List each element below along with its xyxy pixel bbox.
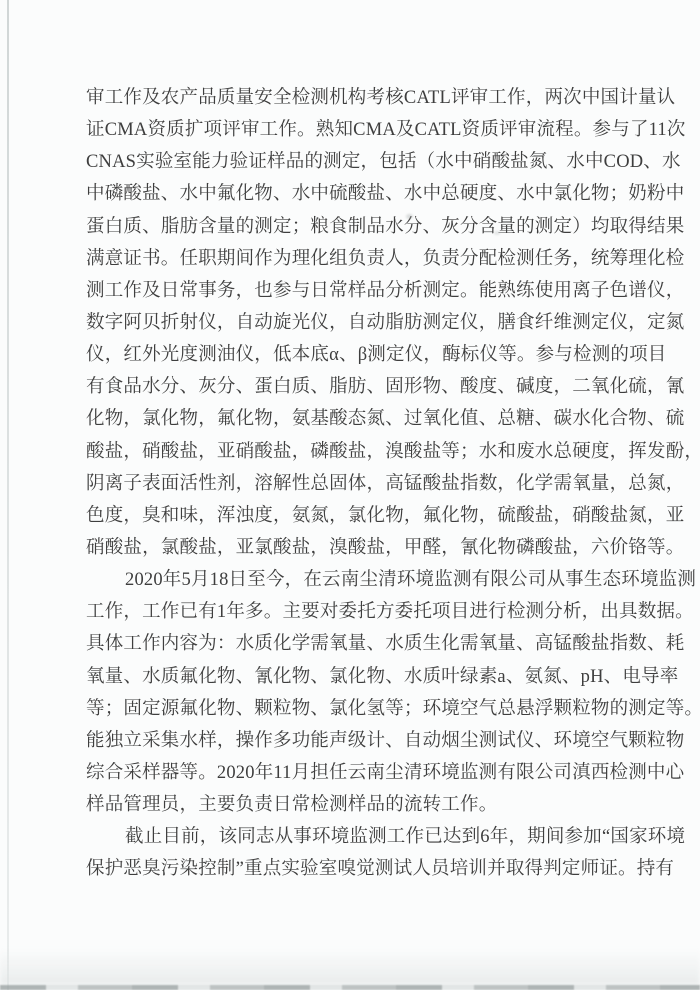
text-line: 测工作及日常事务，也参与日常样品分析测定。能熟练使用离子色谱仪， [86,275,626,307]
text-line: 数字阿贝折射仪，自动旋光仪，自动脂肪测定仪，膳食纤维测定仪，定氮 [86,307,626,339]
text-line: 硝酸盐，氯酸盐，亚氯酸盐，溴酸盐，甲醛，氰化物磷酸盐，六价铬等。 [86,532,626,564]
scan-noise-band-bottom [0,949,700,985]
text-line: 有食品水分、灰分、蛋白质、脂肪、固形物、酸度、碱度，二氧化硫，氰 [86,371,626,403]
text-line: 能独立采集水样，操作多功能声级计、自动烟尘测试仪、环境空气颗粒物 [86,725,626,757]
text-line: 工作，工作已有1年多。主要对委托方委托项目进行检测分析，出具数据。 [86,596,626,628]
text-line: CNAS实验室能力验证样品的测定，包括（水中硝酸盐氮、水中COD、水 [86,146,626,178]
text-line: 保护恶臭污染控制”重点实验室嗅觉测试人员培训并取得判定师证。持有 [86,853,626,885]
text-line: 阴离子表面活性剂，溶解性总固体，高锰酸盐指数，化学需氧量，总氮， [86,468,626,500]
document-text-block: 审工作及农产品质量安全检测机构考核CATL评审工作，两次中国计量认证CMA资质扩… [86,82,626,886]
text-line: 具体工作内容为：水质化学需氧量、水质生化需氧量、高锰酸盐指数、耗 [86,628,626,660]
text-line: 酸盐，硝酸盐，亚硝酸盐，磷酸盐，溴酸盐等；水和废水总硬度，挥发酚， [86,436,626,468]
scan-speck [406,214,413,219]
scan-edge-artifact-bottom [0,985,700,990]
text-line: 蛋白质、脂肪含量的测定；粮食制品水分、灰分含量的测定）均取得结果 [86,211,626,243]
text-line: 样品管理员，主要负责日常检测样品的流转工作。 [86,789,626,821]
text-line: 化物，氯化物，氟化物，氨基酸态氮、过氧化值、总糖、碳水化合物、硫 [86,403,626,435]
text-line: 审工作及农产品质量安全检测机构考核CATL评审工作，两次中国计量认 [86,82,626,114]
text-line: 色度，臭和味，浑浊度，氨氮，氯化物，氟化物，硫酸盐，硝酸盐氮，亚 [86,500,626,532]
scan-edge-artifact-left [7,0,9,990]
scanned-document-page: 审工作及农产品质量安全检测机构考核CATL评审工作，两次中国计量认证CMA资质扩… [0,0,700,990]
text-line: 满意证书。任职期间作为理化组负责人，负责分配检测任务，统筹理化检 [86,243,626,275]
text-line: 氧量、水质氟化物、氰化物、氯化物、水质叶绿素a、氨氮、pH、电导率 [86,661,626,693]
scan-speck [494,231,500,235]
text-line: 等；固定源氟化物、颗粒物、氯化氢等；环境空气总悬浮颗粒物的测定等。 [86,693,626,725]
text-line: 仪，红外光度测油仪，低本底α、β测定仪，酶标仪等。参与检测的项目 [86,339,626,371]
text-line: 中磷酸盐、水中氟化物、水中硫酸盐、水中总硬度、水中氯化物；奶粉中 [86,178,626,210]
text-line: 证CMA资质扩项评审工作。熟知CMA及CATL资质评审流程。参与了11次 [86,114,626,146]
text-line: 2020年5月18日至今，在云南尘清环境监测有限公司从事生态环境监测 [86,564,626,596]
text-line: 截止目前，该同志从事环境监测工作已达到6年，期间参加“国家环境 [86,821,626,853]
text-line: 综合采样器等。2020年11月担任云南尘清环境监测有限公司滇西检测中心 [86,757,626,789]
